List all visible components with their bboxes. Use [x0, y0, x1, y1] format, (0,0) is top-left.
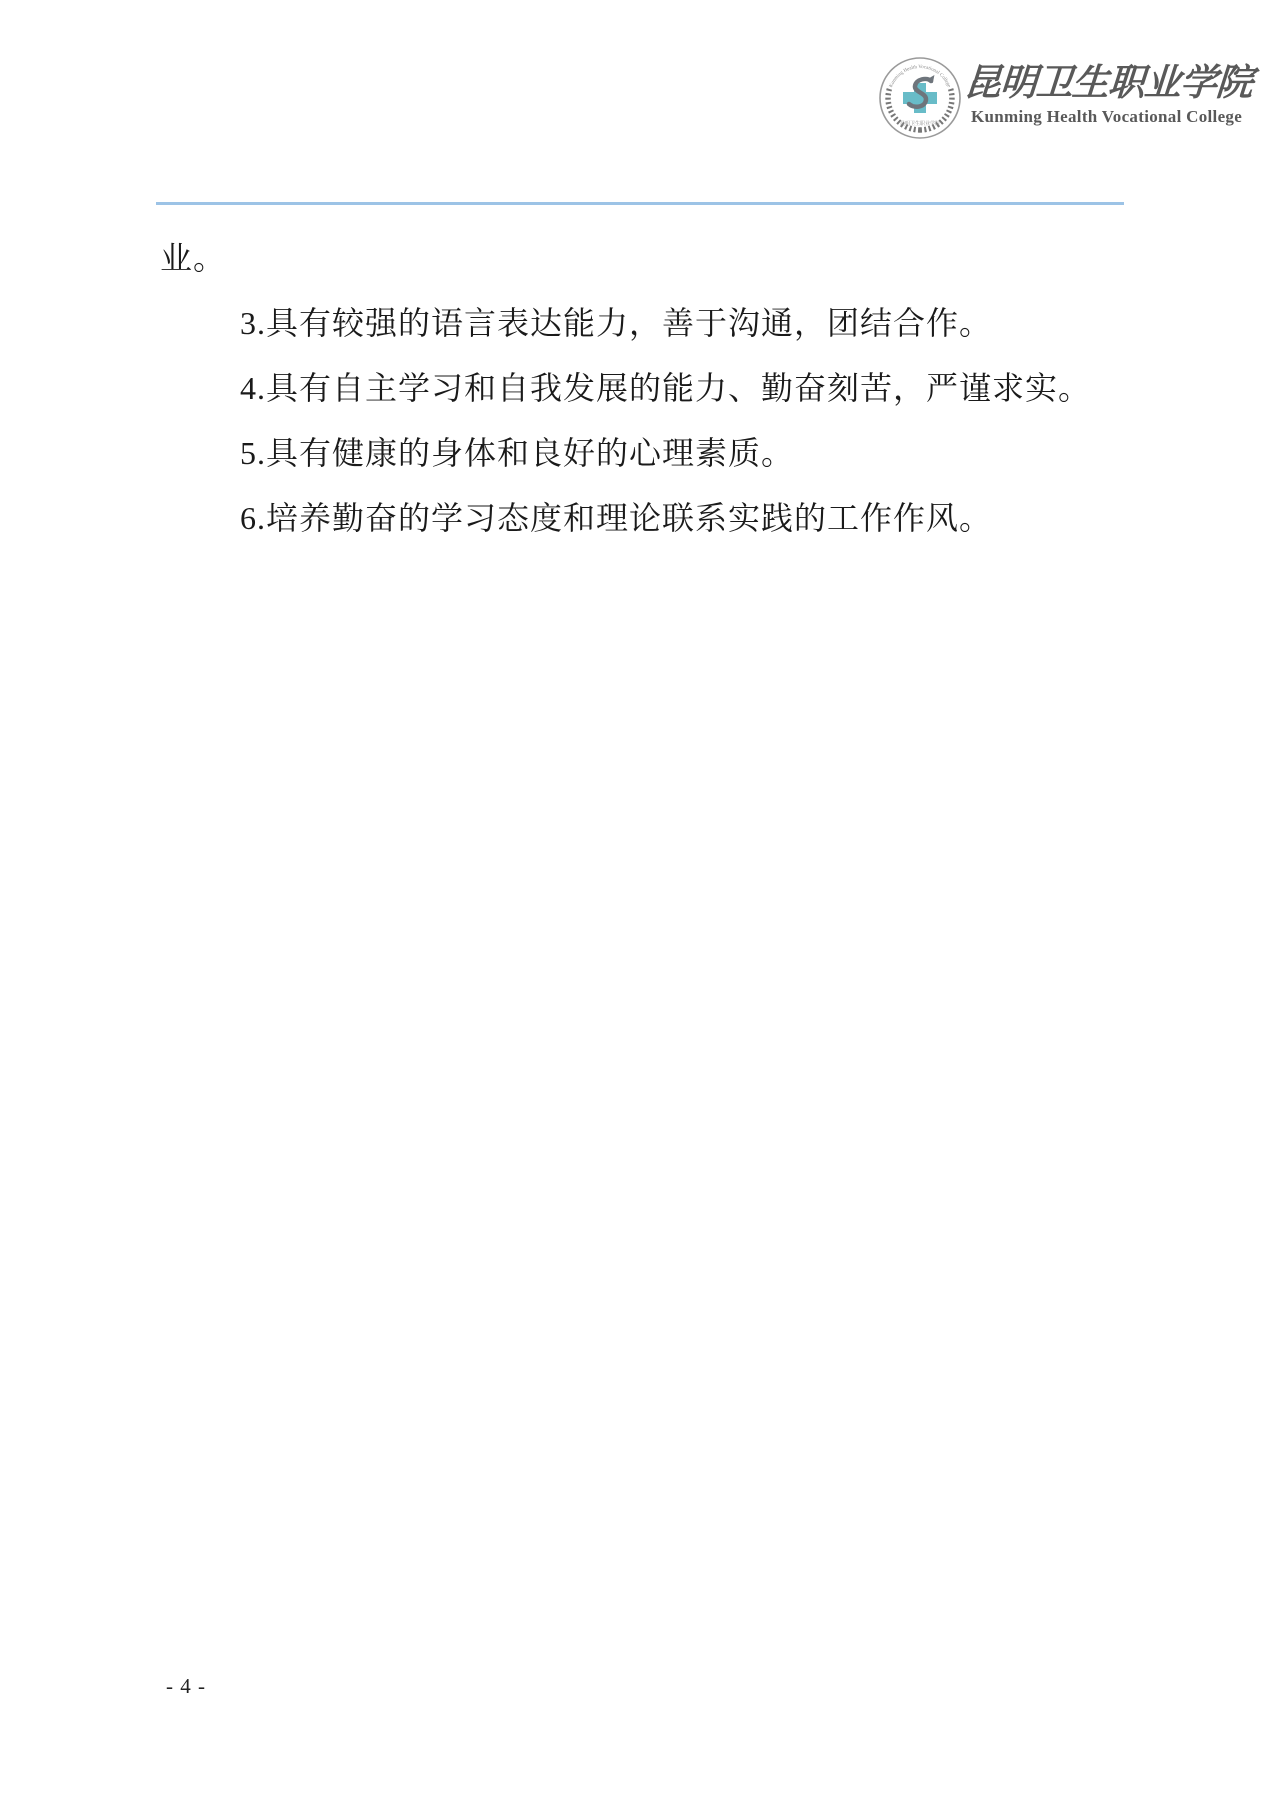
page-number: - 4 - — [166, 1674, 206, 1699]
document-body: 业。3.具有较强的语言表达能力，善于沟通，团结合作。4.具有自主学习和自我发展的… — [160, 226, 1126, 551]
college-seal-logo: Kunming Health Vocational College 昆明卫生职业… — [878, 56, 962, 140]
college-name-chinese: 昆明卫生职业学院 — [962, 62, 1257, 106]
college-name-english: Kunming Health Vocational College — [971, 107, 1242, 127]
paragraph: 4.具有自主学习和自我发展的能力、勤奋刻苦，严谨求实。 — [160, 356, 1126, 421]
paragraph: 5.具有健康的身体和良好的心理素质。 — [160, 421, 1126, 486]
paragraph: 3.具有较强的语言表达能力，善于沟通，团结合作。 — [160, 291, 1126, 356]
paragraph: 业。 — [160, 226, 1126, 291]
header-divider-rule — [156, 202, 1124, 205]
document-page: Kunming Health Vocational College 昆明卫生职业… — [0, 0, 1274, 1801]
seal-bottom-text: 昆明卫生职业学院 — [900, 120, 940, 127]
paragraph: 6.培养勤奋的学习态度和理论联系实践的工作作风。 — [160, 486, 1126, 551]
